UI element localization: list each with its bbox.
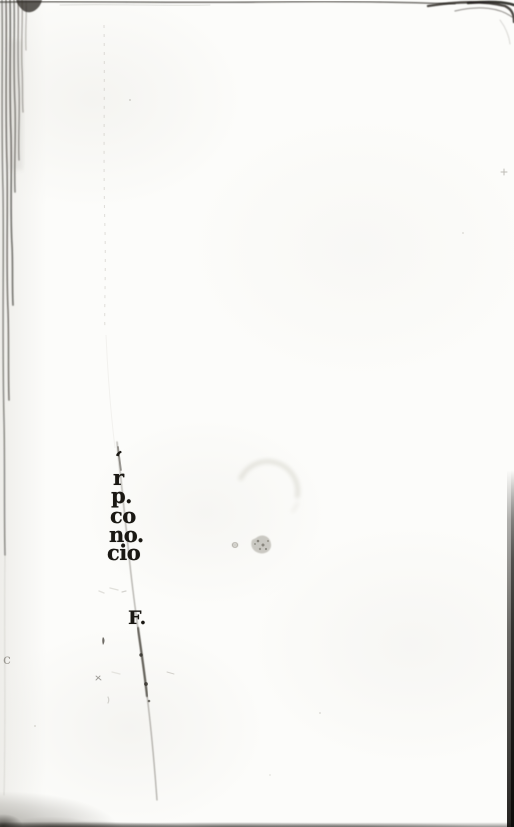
small-marks xyxy=(34,99,507,776)
right-edge-shadow xyxy=(507,470,514,827)
scanned-page: ‘ r p. co no. cio F. c xyxy=(0,0,514,827)
faint-letter-mark: c xyxy=(3,653,11,667)
torn-text-fragment: cio xyxy=(107,542,140,563)
scan-artifacts xyxy=(0,0,514,827)
catchword-letter: F. xyxy=(128,609,146,628)
fold-crease-line xyxy=(104,25,115,448)
binding-edge-strands xyxy=(2,0,42,795)
bottom-edge-shadow xyxy=(0,820,514,827)
stain-blots xyxy=(232,536,272,554)
top-edge-line xyxy=(0,2,455,6)
top-right-corner-curl xyxy=(428,2,514,44)
ghost-ring-stain xyxy=(240,461,298,512)
